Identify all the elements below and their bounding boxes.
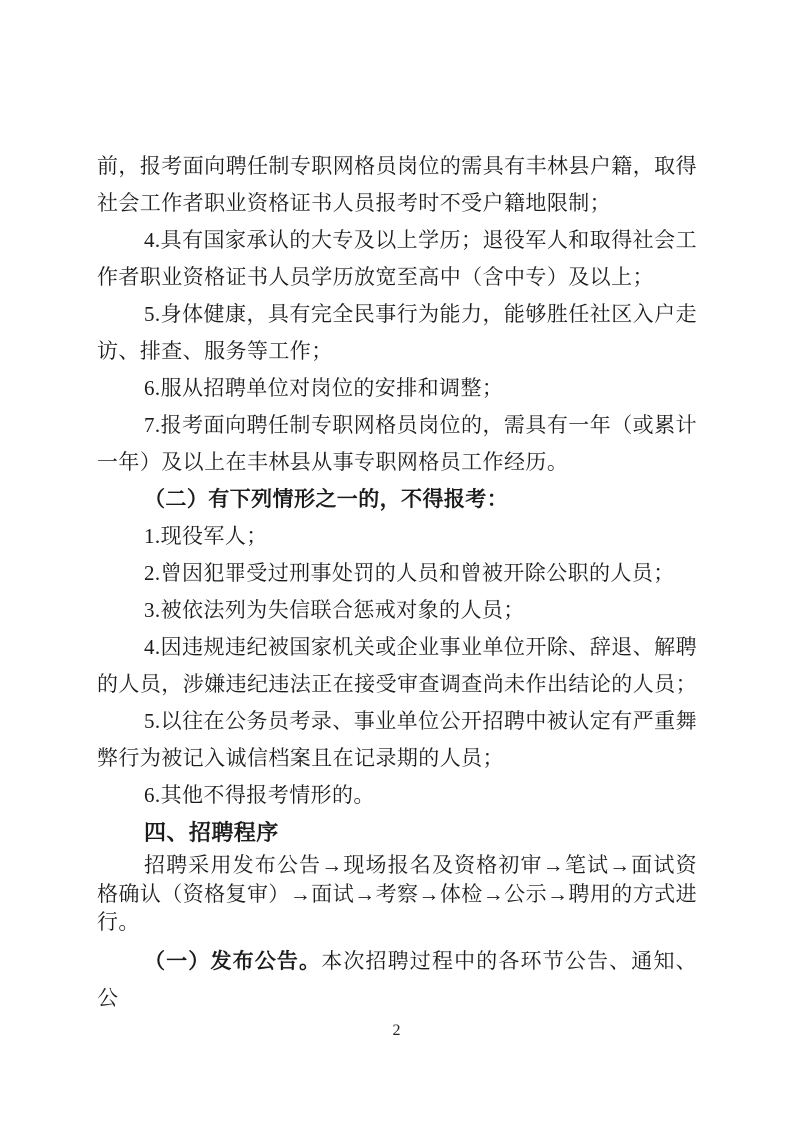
text-line: 一年）及以上在丰林县从事专职网格员工作经历。 <box>97 444 697 481</box>
text-line: 前，报考面向聘任制专职网格员岗位的需具有丰林县户籍，取得 <box>97 148 697 185</box>
section-heading: 四、招聘程序 <box>97 814 697 851</box>
list-item: 6.服从招聘单位对岗位的安排和调整； <box>97 370 697 407</box>
text-line: 行。 <box>97 908 697 937</box>
subsection-paragraph: （一）发布公告。本次招聘过程中的各环节公告、通知、公 <box>97 943 697 1017</box>
subsection-heading: （二）有下列情形之一的，不得报考： <box>97 481 697 518</box>
text-line: 访、排查、服务等工作； <box>97 333 697 370</box>
text-line: 社会工作者职业资格证书人员报考时不受户籍地限制； <box>97 185 697 222</box>
text-line: 弊行为被记入诚信档案且在记录期的人员； <box>97 740 697 777</box>
text-line: 格确认（资格复审）→面试→考察→体检→公示→聘用的方式进 <box>97 880 697 909</box>
list-item: 6.其他不得报考情形的。 <box>97 777 697 814</box>
page-number: 2 <box>0 1022 793 1040</box>
list-item: 4.具有国家承认的大专及以上学历；退役军人和取得社会工 <box>97 222 697 259</box>
list-item: 1.现役军人； <box>97 518 697 555</box>
text-line: 的人员，涉嫌违纪违法正在接受审查调查尚未作出结论的人员； <box>97 666 697 703</box>
list-item: 5.以往在公务员考录、事业单位公开招聘中被认定有严重舞 <box>97 703 697 740</box>
list-item: 5.身体健康，具有完全民事行为能力，能够胜任社区入户走 <box>97 296 697 333</box>
text-line: 招聘采用发布公告→现场报名及资格初审→笔试→面试资 <box>97 851 697 880</box>
list-item: 3.被依法列为失信联合惩戒对象的人员； <box>97 592 697 629</box>
document-page: 前，报考面向聘任制专职网格员岗位的需具有丰林县户籍，取得 社会工作者职业资格证书… <box>0 0 793 1122</box>
list-item: 2.曾因犯罪受过刑事处罚的人员和曾被开除公职的人员； <box>97 555 697 592</box>
document-body: 前，报考面向聘任制专职网格员岗位的需具有丰林县户籍，取得 社会工作者职业资格证书… <box>97 148 697 1017</box>
list-item: 4.因违规违纪被国家机关或企业事业单位开除、辞退、解聘 <box>97 629 697 666</box>
list-item: 7.报考面向聘任制专职网格员岗位的，需具有一年（或累计 <box>97 407 697 444</box>
subsection-heading-inline: （一）发布公告。 <box>144 949 321 973</box>
text-line: 作者职业资格证书人员学历放宽至高中（含中专）及以上； <box>97 259 697 296</box>
